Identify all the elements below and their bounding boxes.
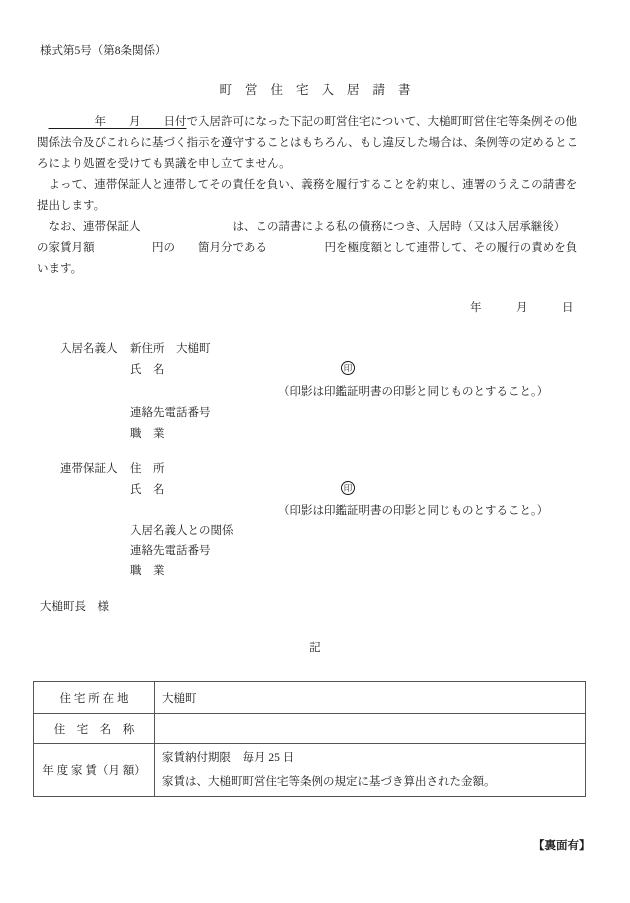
rent-calculation-note: 家賃は、大槌町町営住宅等条例の規定に基づき算出された金額。 <box>162 770 496 794</box>
guarantor-section-label: 連帯保証人 <box>60 462 118 477</box>
applicant-section-label: 入居名義人 <box>60 342 118 357</box>
housing-details-table: 住 宅 所 在 地 大槌町 住 宅 名 称 年 度 家 賃（月 額） 家賃納付期… <box>33 681 586 797</box>
intro-line-5: 提出します。 <box>37 196 597 217</box>
applicant-seal-note: （印影は印鑑証明書の印影と同じものとすること。） <box>278 385 548 400</box>
applicant-new-address-label: 新住所 <box>130 343 165 355</box>
form-number: 様式第5号（第8条関係） <box>40 44 167 59</box>
rent-due-date: 家賃納付期限 毎月 25 日 <box>162 746 294 770</box>
guarantor-seal-icon: 印 <box>341 481 355 495</box>
intro-line-6: なお、連帯保証人 は、この請書による私の債務につき、入居時（又は入居承継後） <box>37 217 597 238</box>
row-header-rent: 年 度 家 賃（月 額） <box>34 744 155 796</box>
table-row: 住 宅 名 称 <box>34 713 585 743</box>
housing-occupancy-form: 様式第5号（第8条関係） 町営住宅入居請書 年 月 日付で入居許可になった下記の… <box>0 0 630 903</box>
guarantor-address-label: 住 所 <box>130 462 165 477</box>
date-line: 年 月 日 <box>470 301 574 316</box>
intro-line-1-text: で入居許可になった下記の町営住宅について、大槌町町営住宅等条例その他 <box>187 116 578 128</box>
intro-line-3: ろにより処置を受けても異議を申し立てません。 <box>37 154 597 175</box>
intro-line-2: 関係法令及びこれらに基づく指示を遵守することはもちろん、もし違反した場合は、条例… <box>37 133 597 154</box>
intro-line-7: の家賃月額 円の 箇月分である 円を極度額として連帯して、その履行の責めを負 <box>37 238 597 259</box>
intro-line-1: 年 月 日付で入居許可になった下記の町営住宅について、大槌町町営住宅等条例その他 <box>37 112 597 133</box>
row-value-location: 大槌町 <box>155 682 585 713</box>
applicant-seal-icon: 印 <box>341 361 355 375</box>
row-header-location: 住 宅 所 在 地 <box>34 682 155 713</box>
paragraph-indent <box>37 116 49 128</box>
applicant-occupation-label: 職 業 <box>130 427 165 442</box>
applicant-phone-label: 連絡先電話番号 <box>130 406 211 421</box>
table-row: 年 度 家 賃（月 額） 家賃納付期限 毎月 25 日 家賃は、大槌町町営住宅等… <box>34 743 585 796</box>
guarantor-name-label: 氏 名 <box>130 483 165 498</box>
date-blank-underline: 年 月 日付 <box>49 116 187 128</box>
row-value-rent: 家賃納付期限 毎月 25 日 家賃は、大槌町町営住宅等条例の規定に基づき算出され… <box>155 744 585 796</box>
guarantor-seal-note: （印影は印鑑証明書の印影と同じものとすること。） <box>278 504 548 519</box>
intro-paragraphs: 年 月 日付で入居許可になった下記の町営住宅について、大槌町町営住宅等条例その他… <box>37 112 597 280</box>
table-row: 住 宅 所 在 地 大槌町 <box>34 682 585 713</box>
applicant-new-address-value: 大槌町 <box>176 343 211 355</box>
page-title: 町営住宅入居請書 <box>0 80 630 98</box>
applicant-name-label: 氏 名 <box>130 363 165 378</box>
row-value-name <box>155 714 585 743</box>
row-header-name: 住 宅 名 称 <box>34 714 155 743</box>
ki-heading: 記 <box>0 641 630 656</box>
applicant-new-address-row: 新住所 大槌町 <box>130 342 211 357</box>
intro-line-4: よって、連帯保証人と連帯してその責任を負い、義務を履行することを約束し、連署のう… <box>37 175 597 196</box>
intro-line-8: います。 <box>37 259 597 280</box>
guarantor-phone-label: 連絡先電話番号 <box>130 544 211 559</box>
guarantor-relation-label: 入居名義人との関係 <box>130 524 234 539</box>
guarantor-occupation-label: 職 業 <box>130 564 165 579</box>
addressee: 大槌町長 様 <box>40 600 109 615</box>
back-side-note: 【裏面有】 <box>533 839 591 854</box>
